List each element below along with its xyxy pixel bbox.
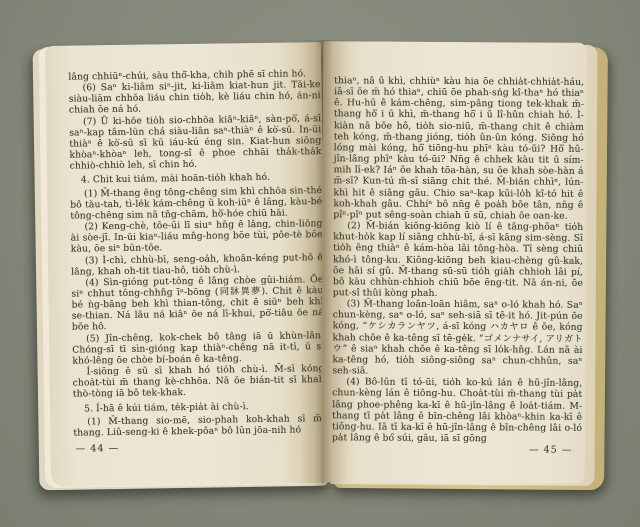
text-paragraph: (4) Sìn-gióng put-tông ê lâng chòe gûi-h… bbox=[71, 274, 324, 333]
section-heading: 5. Í-hā ê kúi tiám, te̍k-pia̍t ài chù-ì. bbox=[73, 400, 325, 415]
page-44-text: lâng chhiūⁿ-chúi, sàu thô͘-kha, chih phē… bbox=[68, 68, 325, 438]
page-number-44: — 44 — bbox=[75, 443, 119, 455]
text-paragraph: (5) Jîn-chêng, kok-chek bô tâng iā ū khù… bbox=[72, 330, 324, 367]
photo-of-open-book: { "photo": { "background_color": "#84877… bbox=[0, 0, 640, 527]
text-paragraph: thiaⁿ, nā ū khì, chhiùⁿ kàu hia ōe chhia… bbox=[333, 75, 584, 222]
text-paragraph: (1) M̄-thang ēng tông-chêng sim khì chhō… bbox=[70, 185, 322, 222]
text-paragraph: (4) Bô-lūn tī tó-ūi, tio̍h ko-kú lán ê h… bbox=[332, 376, 582, 444]
text-paragraph: Í-siōng ê sū sī khah hó tio̍h chù-ì. M̄-… bbox=[72, 363, 324, 400]
text-paragraph: (3) M̄-thang loān-loān hiâm, saⁿ o-ló kh… bbox=[332, 298, 582, 378]
book-page-left: lâng chhiūⁿ-chúi, sàu thô͘-kha, chih phē… bbox=[45, 42, 327, 487]
page-number-45: — 45 — bbox=[529, 444, 573, 455]
book-page-right: thiaⁿ, nā ū khì, chhiùⁿ kàu hia ōe chhia… bbox=[321, 41, 588, 484]
section-heading: 4. Chit kui tiám, mài hoān-tio̍h khah hó… bbox=[70, 172, 322, 187]
text-paragraph: (2) M̄-bián kiōng-kiōng kiò lí ê tâng-ph… bbox=[333, 220, 583, 300]
text-paragraph: (7) Ū ki-hōe tio̍h sio-chhōa kiâⁿ-kiâⁿ, … bbox=[69, 113, 322, 172]
page-45-text: thiaⁿ, nā ū khì, chhiùⁿ kàu hia ōe chhia… bbox=[332, 75, 584, 445]
text-paragraph: (1) M̄-thang sio-mē, sio-phah koh-khah s… bbox=[73, 413, 325, 439]
text-paragraph: (2) Keng-chè, tōe-ūi lī siuⁿ hn̄g ê lâng… bbox=[70, 218, 322, 255]
text-paragraph: (6) Saⁿ ki-liām siⁿ-jit, ki-liām kiat-hu… bbox=[68, 79, 320, 116]
